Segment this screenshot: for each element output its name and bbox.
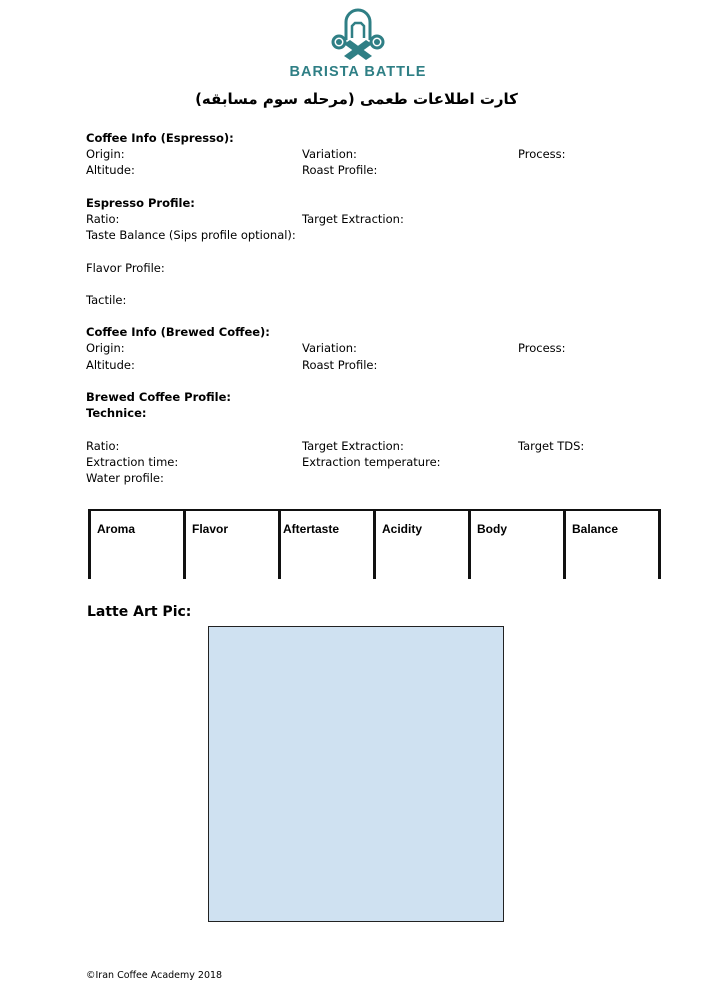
latte-art-label: Latte Art Pic:	[87, 604, 191, 620]
score-cell-aroma[interactable]: Aroma	[88, 511, 183, 579]
score-cell-balance[interactable]: Balance	[563, 511, 661, 579]
technique-label: Technice:	[86, 406, 146, 420]
brewed-profile-heading: Brewed Coffee Profile:	[86, 390, 231, 404]
espresso-target-extraction-label: Target Extraction:	[302, 212, 404, 226]
spartan-helmet-icon	[328, 4, 388, 62]
extraction-time-label: Extraction time:	[86, 455, 178, 469]
espresso-origin-label: Origin:	[86, 147, 125, 161]
page-title: کارت اطلاعات طعمی (مرحله سوم مسابقه)	[0, 90, 713, 108]
espresso-info-heading: Coffee Info (Espresso):	[86, 131, 234, 145]
latte-art-image-placeholder[interactable]	[208, 626, 504, 922]
column-header: Flavor	[192, 522, 228, 536]
barista-battle-logo: BARISTA BATTLE	[278, 4, 438, 80]
espresso-ratio-label: Ratio:	[86, 212, 119, 226]
column-header: Aftertaste	[283, 522, 339, 536]
brewed-info-heading: Coffee Info (Brewed Coffee):	[86, 325, 270, 339]
tactile-label: Tactile:	[86, 293, 126, 307]
taste-balance-label: Taste Balance (Sips profile optional):	[86, 228, 296, 242]
water-profile-label: Water profile:	[86, 471, 164, 485]
espresso-profile-heading: Espresso Profile:	[86, 196, 195, 210]
score-cell-acidity[interactable]: Acidity	[373, 511, 468, 579]
column-header: Aroma	[97, 522, 135, 536]
brewed-ratio-label: Ratio:	[86, 439, 119, 453]
brewed-origin-label: Origin:	[86, 341, 125, 355]
flavor-profile-label: Flavor Profile:	[86, 261, 165, 275]
espresso-roast-profile-label: Roast Profile:	[302, 163, 377, 177]
column-header: Acidity	[382, 522, 422, 536]
brewed-process-label: Process:	[518, 341, 566, 355]
espresso-process-label: Process:	[518, 147, 566, 161]
score-cell-body[interactable]: Body	[468, 511, 563, 579]
copyright-footer: ©Iran Coffee Academy 2018	[86, 970, 222, 981]
target-tds-label: Target TDS:	[518, 439, 584, 453]
extraction-temperature-label: Extraction temperature:	[302, 455, 441, 469]
score-table: Aroma Flavor Aftertaste Acidity Body Bal…	[88, 509, 661, 579]
brewed-target-extraction-label: Target Extraction:	[302, 439, 404, 453]
brewed-variation-label: Variation:	[302, 341, 357, 355]
score-cell-aftertaste[interactable]: Aftertaste	[278, 511, 373, 579]
espresso-variation-label: Variation:	[302, 147, 357, 161]
brewed-roast-profile-label: Roast Profile:	[302, 358, 377, 372]
espresso-altitude-label: Altitude:	[86, 163, 135, 177]
brand-name: BARISTA BATTLE	[278, 64, 438, 80]
column-header: Body	[477, 522, 507, 536]
brewed-altitude-label: Altitude:	[86, 358, 135, 372]
column-header: Balance	[572, 522, 618, 536]
score-cell-flavor[interactable]: Flavor	[183, 511, 278, 579]
